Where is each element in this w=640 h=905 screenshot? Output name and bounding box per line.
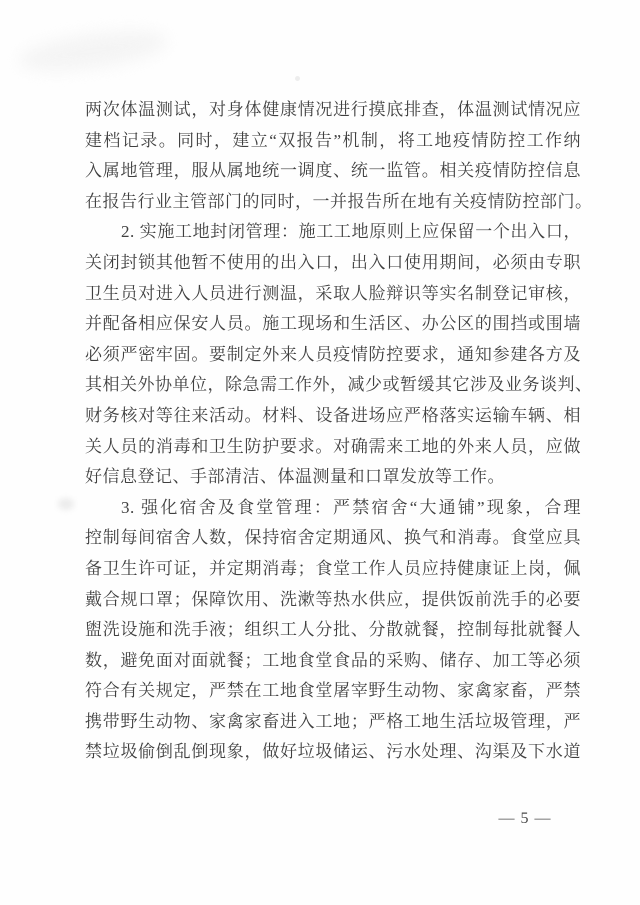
text-line: 入属地管理，服从属地统一调度、统一监管。相关疫情防控信息 bbox=[85, 156, 581, 187]
text-line: 卫生员对进入人员进行测温，采取人脸辩识等实名制登记审核， bbox=[85, 279, 581, 310]
text-line: 必须严密牢固。要制定外来人员疫情防控要求，通知参建各方及 bbox=[85, 340, 581, 371]
text-line: 好信息登记、手部清洁、体温测量和口罩发放等工作。 bbox=[85, 462, 581, 493]
text-line: 关闭封锁其他暂不使用的出入口，出入口使用期间，必须由专职 bbox=[85, 248, 581, 279]
scan-artifact-left-smudge bbox=[58, 498, 74, 510]
text-line: 财务核对等往来活动。材料、设备进场应严格落实运输车辆、相 bbox=[85, 401, 581, 432]
scan-artifact-smudge bbox=[16, 24, 169, 79]
body-text-block: 两次体温测试，对身体健康情况进行摸底排查，体温测试情况应建档记录。同时，建立“双… bbox=[85, 95, 581, 768]
text-line: 在报告行业主管部门的同时，一并报告所在地有关疫情防控部门。 bbox=[85, 187, 581, 218]
page-number: — 5 — bbox=[463, 810, 587, 828]
text-line: 数，避免面对面就餐；工地食堂食品的采购、储存、加工等必须 bbox=[85, 646, 581, 677]
text-line: 携带野生动物、家禽家畜进入工地；严格工地生活垃圾管理，严 bbox=[85, 707, 581, 738]
text-line: 戴合规口罩；保障饮用、洗漱等热水供应，提供饭前洗手的必要 bbox=[85, 585, 581, 616]
text-line: 备卫生许可证，并定期消毒；食堂工作人员应持健康证上岗，佩 bbox=[85, 554, 581, 585]
scan-artifact-dot bbox=[295, 76, 300, 81]
text-line: 其相关外协单位，除急需工作外，减少或暂缓其它涉及业务谈判、 bbox=[85, 370, 581, 401]
text-line: 禁垃圾偷倒乱倒现象，做好垃圾储运、污水处理、沟渠及下水道 bbox=[85, 737, 581, 768]
text-line: 并配备相应保安人员。施工现场和生活区、办公区的围挡或围墙 bbox=[85, 309, 581, 340]
text-line: 3. 强化宿舍及食堂管理：严禁宿舍“大通铺”现象，合理 bbox=[85, 493, 581, 524]
text-line: 盥洗设施和洗手液；组织工人分批、分散就餐，控制每批就餐人 bbox=[85, 615, 581, 646]
text-line: 2. 实施工地封闭管理：施工工地原则上应保留一个出入口， bbox=[85, 217, 581, 248]
text-line: 控制每间宿舍人数，保持宿舍定期通风、换气和消毒。食堂应具 bbox=[85, 523, 581, 554]
text-line: 两次体温测试，对身体健康情况进行摸底排查，体温测试情况应 bbox=[85, 95, 581, 126]
text-line: 符合有关规定，严禁在工地食堂屠宰野生动物、家禽家畜，严禁 bbox=[85, 676, 581, 707]
text-line: 建档记录。同时，建立“双报告”机制，将工地疫情防控工作纳 bbox=[85, 126, 581, 157]
scanned-document-page: 两次体温测试，对身体健康情况进行摸底排查，体温测试情况应建档记录。同时，建立“双… bbox=[0, 0, 640, 905]
text-line: 关人员的消毒和卫生防护要求。对确需来工地的外来人员，应做 bbox=[85, 432, 581, 463]
